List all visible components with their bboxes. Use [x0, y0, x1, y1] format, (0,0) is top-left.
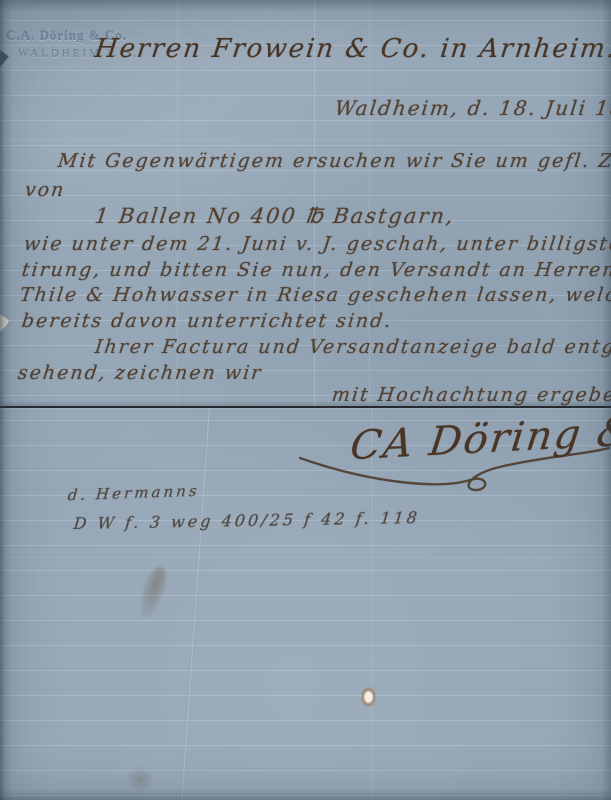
faint-smudge-stain	[128, 766, 152, 794]
body-line-6: Thile & Hohwasser in Riesa geschehen las…	[19, 284, 611, 306]
body-line-2: von	[24, 179, 67, 201]
fold-crease-horizontal-upper	[0, 139, 611, 142]
body-line-4: wie unter dem 21. Juni v. J. geschah, un…	[23, 233, 611, 255]
fold-crease-vertical-left-bottom	[180, 406, 211, 800]
signature-flourish	[298, 438, 611, 502]
signature-flourish-stroke	[298, 438, 611, 502]
letter-page: C.A. Döring & Co. WALDHEIM i. S. Herren …	[0, 0, 611, 800]
recipient-line: Herren Frowein & Co. in Arnheim.	[93, 34, 611, 64]
fold-rule-line	[0, 406, 611, 408]
body-line-1: Mit Gegenwärtigem ersuchen wir Sie um ge…	[57, 150, 611, 172]
dateline: Waldheim, d. 18. Juli 1866.	[334, 96, 611, 120]
rust-hole-spot	[361, 687, 376, 707]
ink-smudge-stain	[134, 564, 172, 622]
body-line-5: tirung, und bitten Sie nun, den Versandt…	[21, 259, 611, 281]
fold-crease-horizontal-lower	[0, 556, 611, 559]
paper-edge-notch	[0, 314, 10, 332]
closing-line: mit Hochachtung ergebenst	[331, 384, 611, 406]
body-line-7: bereits davon unterrichtet sind.	[21, 310, 394, 332]
annotation-calculation: D W f. 3 weg 400/25 f 42 f. 118	[73, 508, 421, 533]
annotation-name: d. Hermanns	[67, 482, 201, 505]
body-line-8: Ihrer Factura und Versandtanzeige bald e…	[94, 336, 611, 358]
body-line-3: 1 Ballen No 400 ℔ Bastgarn,	[94, 204, 457, 228]
body-line-9: sehend, zeichnen wir	[17, 362, 264, 384]
